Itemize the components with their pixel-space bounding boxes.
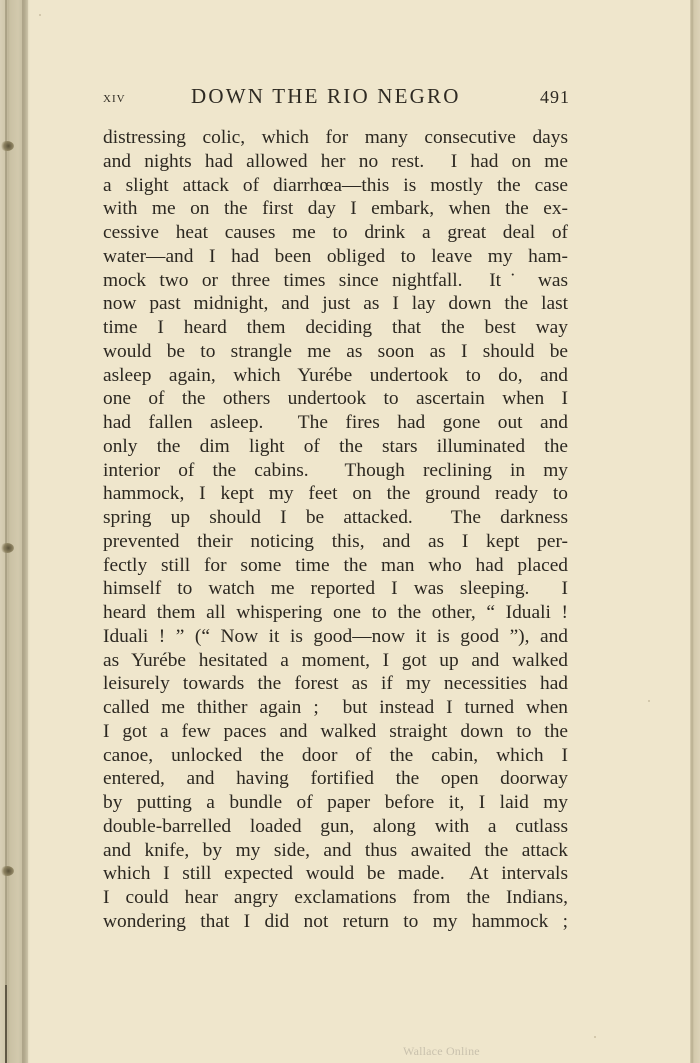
text-line: as Yurébe hesitated a moment, I got up a… [103,649,568,673]
text-line: a slight attack of diarrhœa—this is most… [103,174,568,198]
text-line: with me on the first day I embark, when … [103,197,568,221]
text-line: had fallen asleep. The fires had gone ou… [103,411,568,435]
chapter-number: XIV [103,93,126,105]
text-line: would be to strangle me as soon as I sho… [103,340,568,364]
text-line: himself to watch me reported I was sleep… [103,577,568,601]
text-line: which I still expected would be made. At… [103,862,568,886]
binding-stitch-icon [0,141,14,151]
paper-speck [594,1036,596,1038]
text-line: now past midnight, and just as I lay dow… [103,292,568,316]
text-line: I could hear angry exclamations from the… [103,886,568,910]
binding-stitch-icon [0,866,14,876]
text-line: canoe, unlocked the door of the cabin, w… [103,744,568,768]
text-line: hammock, I kept my feet on the ground re… [103,482,568,506]
text-line: called me thither again ; but instead I … [103,696,568,720]
text-line: spring up should I be attacked. The dark… [103,506,568,530]
text-line: Iduali ! ” (“ Now it is good—now it is g… [103,625,568,649]
page-right-edge [690,0,700,1063]
running-head: XIV DOWN THE RIO NEGRO 491 [103,84,570,112]
body-text: distressing colic, which for many consec… [103,126,568,934]
text-line: only the dim light of the stars illumina… [103,435,568,459]
paper-speck [523,590,525,592]
text-line: I got a few paces and walked straight do… [103,720,568,744]
text-line: double-barrelled loaded gun, along with … [103,815,568,839]
binding-thread [5,985,7,1063]
text-line: wondering that I did not return to my ha… [103,910,568,934]
scanned-book-page: XIV DOWN THE RIO NEGRO 491 distressing c… [0,0,700,1063]
text-line: entered, and having fortified the open d… [103,767,568,791]
text-line: heard them all whispering one to the oth… [103,601,568,625]
text-line: fectly still for some time the man who h… [103,554,568,578]
binding-stitch-icon [0,543,14,553]
watermark: Wallace Online [403,1044,480,1059]
text-line: time I heard them deciding that the best… [103,316,568,340]
binding-line [5,0,7,1063]
text-line: by putting a bundle of paper before it, … [103,791,568,815]
text-line: mock two or three times since nightfall.… [103,269,568,293]
text-line: and knife, by my side, and thus awaited … [103,839,568,863]
text-line: asleep again, which Yurébe undertook to … [103,364,568,388]
paper-speck [39,14,41,16]
paper-speck [648,700,650,702]
text-line: water—and I had been obliged to leave my… [103,245,568,269]
text-line: one of the others undertook to ascertain… [103,387,568,411]
text-line: prevented their noticing this, and as I … [103,530,568,554]
gutter-shadow [22,0,30,1063]
running-title: DOWN THE RIO NEGRO [191,84,461,109]
text-line: cessive heat causes me to drink a great … [103,221,568,245]
text-line: distressing colic, which for many consec… [103,126,568,150]
text-line: interior of the cabins. Though reclining… [103,459,568,483]
text-line: and nights had allowed her no rest. I ha… [103,150,568,174]
page-number: 491 [540,87,570,108]
text-line: leisurely towards the forest as if my ne… [103,672,568,696]
